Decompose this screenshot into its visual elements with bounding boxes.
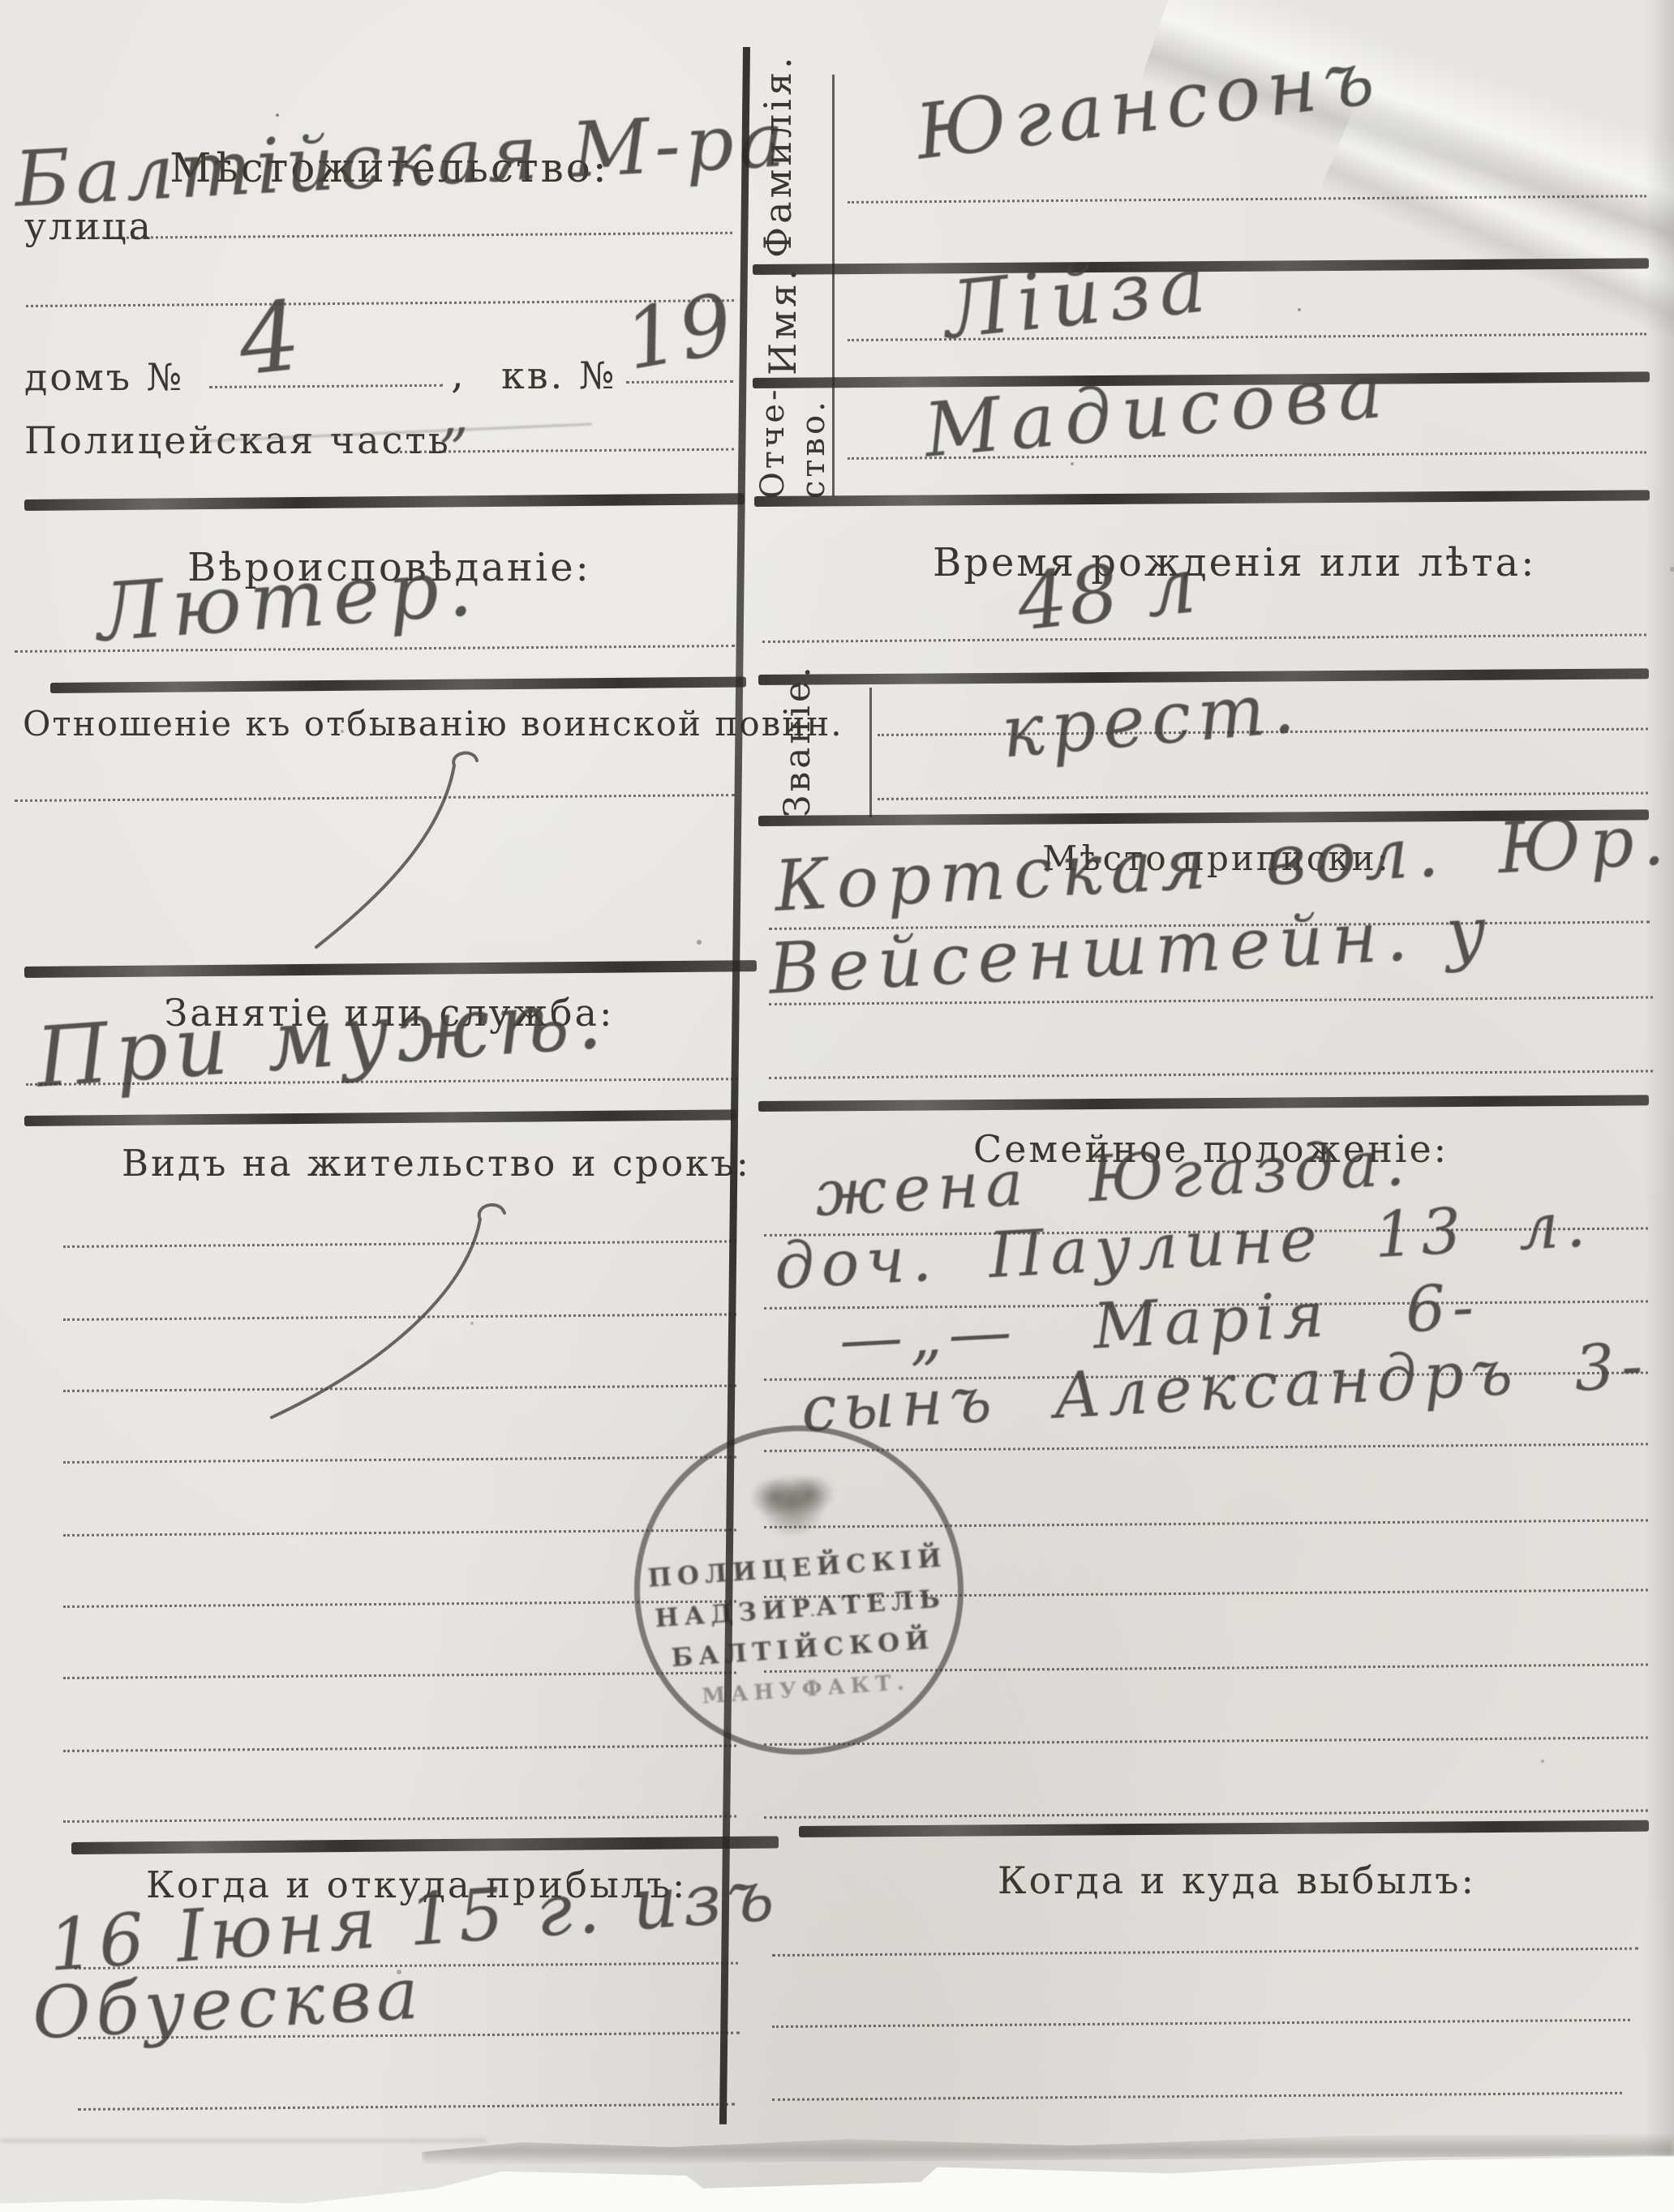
imperial-eagle-icon [745, 1450, 840, 1551]
handwritten-slash-marks [0, 0, 1674, 2212]
registration-card: Мѣстожительство: Балтійская М-ра улица д… [0, 0, 1674, 2212]
